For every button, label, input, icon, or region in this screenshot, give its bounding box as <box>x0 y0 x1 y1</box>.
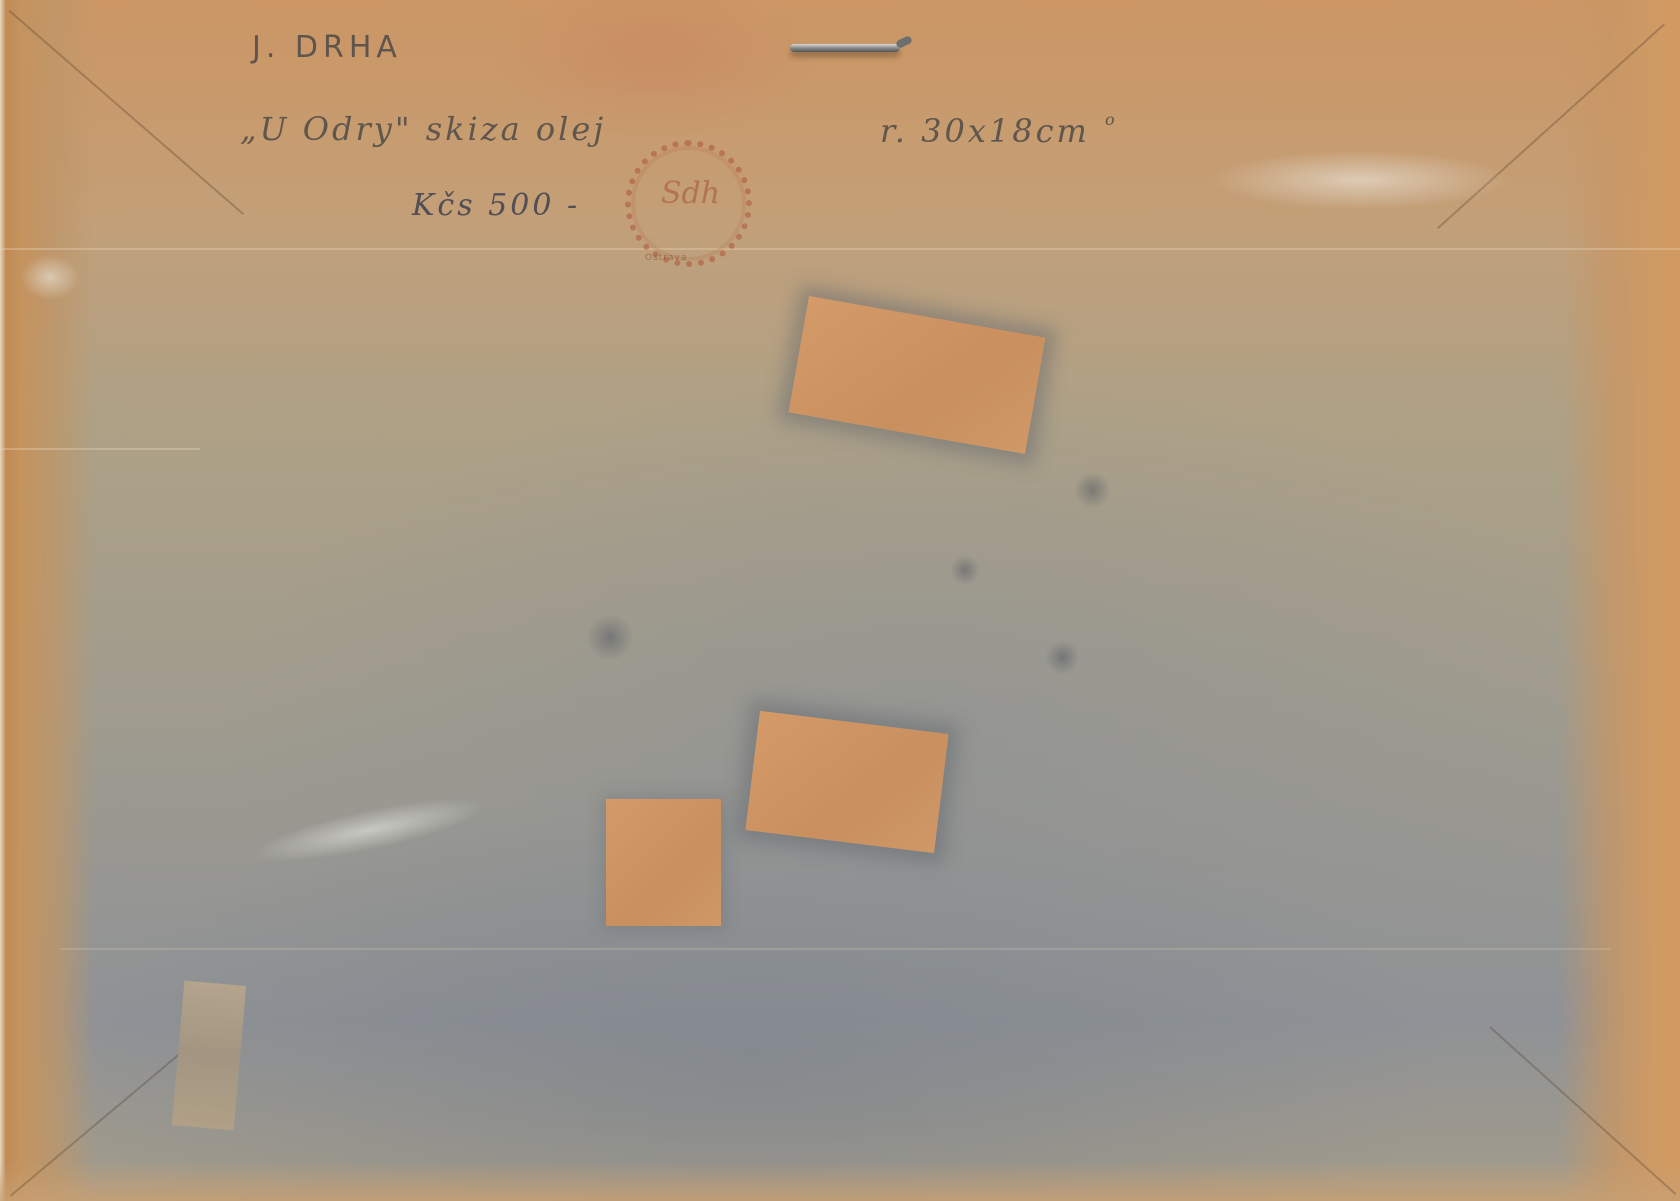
canvas-backing: J. DRHA „U Odry" skiza olej r. 30x18cm K… <box>0 0 1680 1201</box>
round-stamp: Sdh <box>625 140 752 267</box>
dimensions-inscription: r. 30x18cm <box>880 112 1090 150</box>
crease-line-bottom <box>60 948 1610 950</box>
artist-inscription: J. DRHA <box>252 30 402 65</box>
left-margin <box>0 0 95 1201</box>
right-margin <box>1560 0 1680 1201</box>
dark-smudge <box>950 555 980 585</box>
mark-inscription: o <box>1105 110 1118 129</box>
price-inscription: Kčs 500 - <box>412 188 580 223</box>
crease-line-left <box>0 448 200 450</box>
wire-hanger <box>790 44 900 52</box>
tape-piece-3 <box>606 799 721 926</box>
dark-smudge <box>585 615 635 660</box>
stamp-caption: Ostrava <box>645 253 687 263</box>
title-inscription: „U Odry" skiza olej <box>240 110 606 148</box>
bottom-margin <box>0 1161 1680 1201</box>
crease-line-top <box>0 248 1680 250</box>
tape-piece-1 <box>789 296 1046 454</box>
dark-smudge <box>1075 470 1110 510</box>
dark-smudge <box>1045 640 1080 675</box>
tape-piece-2 <box>745 711 948 853</box>
white-scuff <box>248 785 491 874</box>
white-scuff <box>20 255 80 300</box>
white-scuff <box>1210 150 1510 210</box>
stamp-monogram: Sdh <box>661 176 720 211</box>
tape-piece-4 <box>172 981 246 1131</box>
